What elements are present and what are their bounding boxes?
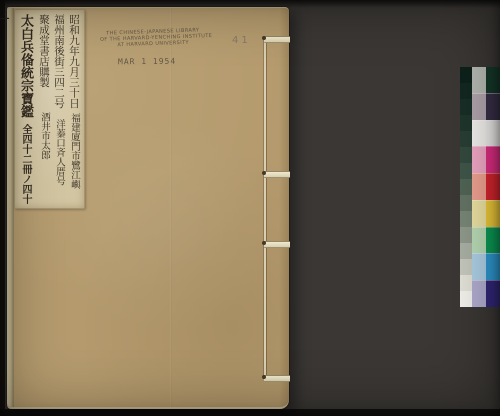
grayscale-gradient-strip xyxy=(460,67,472,307)
binding-stitch-4 xyxy=(264,375,290,382)
binding-knot-2 xyxy=(262,171,266,175)
saturated-patch-5 xyxy=(486,173,500,200)
binding-thread-vertical xyxy=(264,36,266,379)
cover-crease-line xyxy=(170,8,172,407)
binding-knot-3 xyxy=(262,241,266,245)
light-patch-column xyxy=(472,67,486,307)
page-edges xyxy=(7,8,14,407)
library-stamp: THE CHINESE-JAPANESE LIBRARY OF THE HARV… xyxy=(100,27,207,49)
pencil-volume-number: 41 xyxy=(232,35,251,46)
label-owner-text: 酒井市太郎 xyxy=(39,112,50,160)
label-date-text: 昭和九年九月三十日 xyxy=(68,14,80,109)
label-address-text: 福州南後街三四二号 xyxy=(53,14,65,109)
saturated-patch-9 xyxy=(486,280,500,307)
label-column-title: 太白兵俻統宗寶鑑全四十二冊ノ四十一 xyxy=(14,14,37,204)
date-stamp: MAR 1 1954 xyxy=(118,57,178,67)
book-cover: 昭和九年九月三十日福建廈門市鷺江嶼 福州南後街三四二号洋蓁口斉人厝号 聚成堂書店… xyxy=(7,7,289,409)
light-patch-6 xyxy=(472,200,486,227)
bookseller-label: 昭和九年九月三十日福建廈門市鷺江嶼 福州南後街三四二号洋蓁口斉人厝号 聚成堂書店… xyxy=(14,9,85,209)
binding-stitch-2 xyxy=(264,171,290,178)
color-calibration-bar xyxy=(460,67,500,307)
label-address2-text: 洋蓁口斉人厝号 xyxy=(54,119,65,186)
light-patch-4 xyxy=(472,146,486,173)
binding-knot-4 xyxy=(262,375,266,379)
saturated-patch-7 xyxy=(486,227,500,254)
label-place-text: 福建廈門市鷺江嶼 xyxy=(69,113,80,189)
light-patch-8 xyxy=(472,253,486,280)
saturated-patch-2 xyxy=(486,93,500,120)
light-patch-7 xyxy=(472,227,486,254)
light-patch-1 xyxy=(472,67,486,93)
saturated-patch-8 xyxy=(486,253,500,280)
binding-stitch-1 xyxy=(264,36,290,43)
book-title-text: 太白兵俻統宗寶鑑 xyxy=(18,14,33,118)
light-patch-9 xyxy=(472,280,486,307)
saturated-patch-column xyxy=(486,67,500,307)
binding-knot-1 xyxy=(262,36,266,40)
saturated-patch-6 xyxy=(486,200,500,227)
scan-canvas: 昭和九年九月三十日福建廈門市鷺江嶼 福州南後街三四二号洋蓁口斉人厝号 聚成堂書店… xyxy=(0,0,500,416)
scanner-edge-bottom xyxy=(0,409,500,416)
label-shop-text: 聚成堂書店購製 xyxy=(38,14,50,88)
light-patch-5 xyxy=(472,173,486,200)
saturated-patch-1 xyxy=(486,67,500,93)
binding-stitch-3 xyxy=(264,241,290,248)
label-column-shop: 聚成堂書店購製酒井市太郎 xyxy=(37,14,52,204)
saturated-patch-4 xyxy=(486,146,500,173)
saturated-patch-3 xyxy=(486,120,500,147)
scanner-edge-left xyxy=(0,0,5,416)
light-patch-2 xyxy=(472,93,486,120)
label-column-address: 福州南後街三四二号洋蓁口斉人厝号 xyxy=(52,14,67,204)
light-patch-3 xyxy=(472,120,486,147)
label-column-date: 昭和九年九月三十日福建廈門市鷺江嶼 xyxy=(67,14,82,204)
spine-shadow xyxy=(279,8,289,407)
